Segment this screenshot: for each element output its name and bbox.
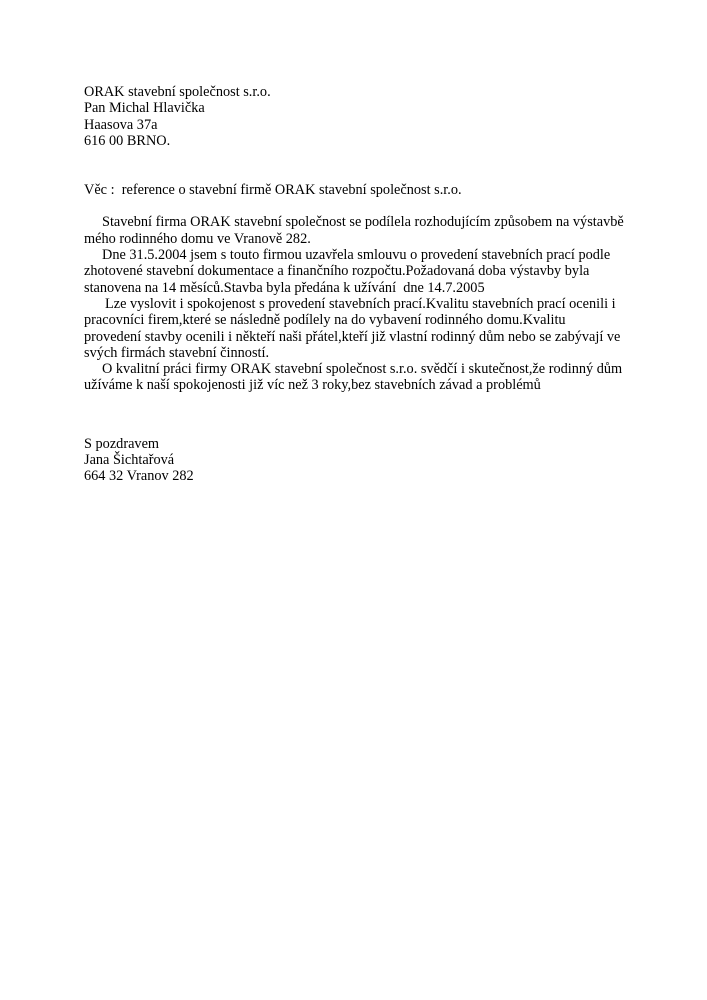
subject-line: Věc : reference o stavební firmě ORAK st… <box>84 182 664 198</box>
body-line: stanovena na 14 měsíců.Stavba byla předá… <box>84 280 664 296</box>
closing-block: S pozdravem Jana Šichtařová 664 32 Vrano… <box>84 436 664 485</box>
recipient-company: ORAK stavební společnost s.r.o. <box>84 84 664 100</box>
recipient-street: Haasova 37a <box>84 117 664 133</box>
letter-body: Stavební firma ORAK stavební společnost … <box>84 214 664 393</box>
letter-page: ORAK stavební společnost s.r.o. Pan Mich… <box>84 84 664 485</box>
body-line: provedení stavby ocenili i někteří naši … <box>84 329 664 345</box>
body-line: mého rodinného domu ve Vranově 282. <box>84 231 664 247</box>
signer-name: Jana Šichtařová <box>84 452 664 468</box>
recipient-person: Pan Michal Hlavička <box>84 100 664 116</box>
body-line: svých firmách stavební činností. <box>84 345 664 361</box>
body-line: Stavební firma ORAK stavební společnost … <box>84 214 664 230</box>
closing-greeting: S pozdravem <box>84 436 664 452</box>
recipient-city: 616 00 BRNO. <box>84 133 664 149</box>
signer-address: 664 32 Vranov 282 <box>84 468 664 484</box>
body-line: pracovníci firem,které se následně podíl… <box>84 312 664 328</box>
body-line: O kvalitní práci firmy ORAK stavební spo… <box>84 361 664 377</box>
body-line: zhotovené stavební dokumentace a finančn… <box>84 263 664 279</box>
body-line: Lze vyslovit i spokojenost s provedení s… <box>84 296 664 312</box>
body-line: Dne 31.5.2004 jsem s touto firmou uzavře… <box>84 247 664 263</box>
recipient-block: ORAK stavební společnost s.r.o. Pan Mich… <box>84 84 664 149</box>
body-line: užíváme k naší spokojenosti již víc než … <box>84 377 664 393</box>
